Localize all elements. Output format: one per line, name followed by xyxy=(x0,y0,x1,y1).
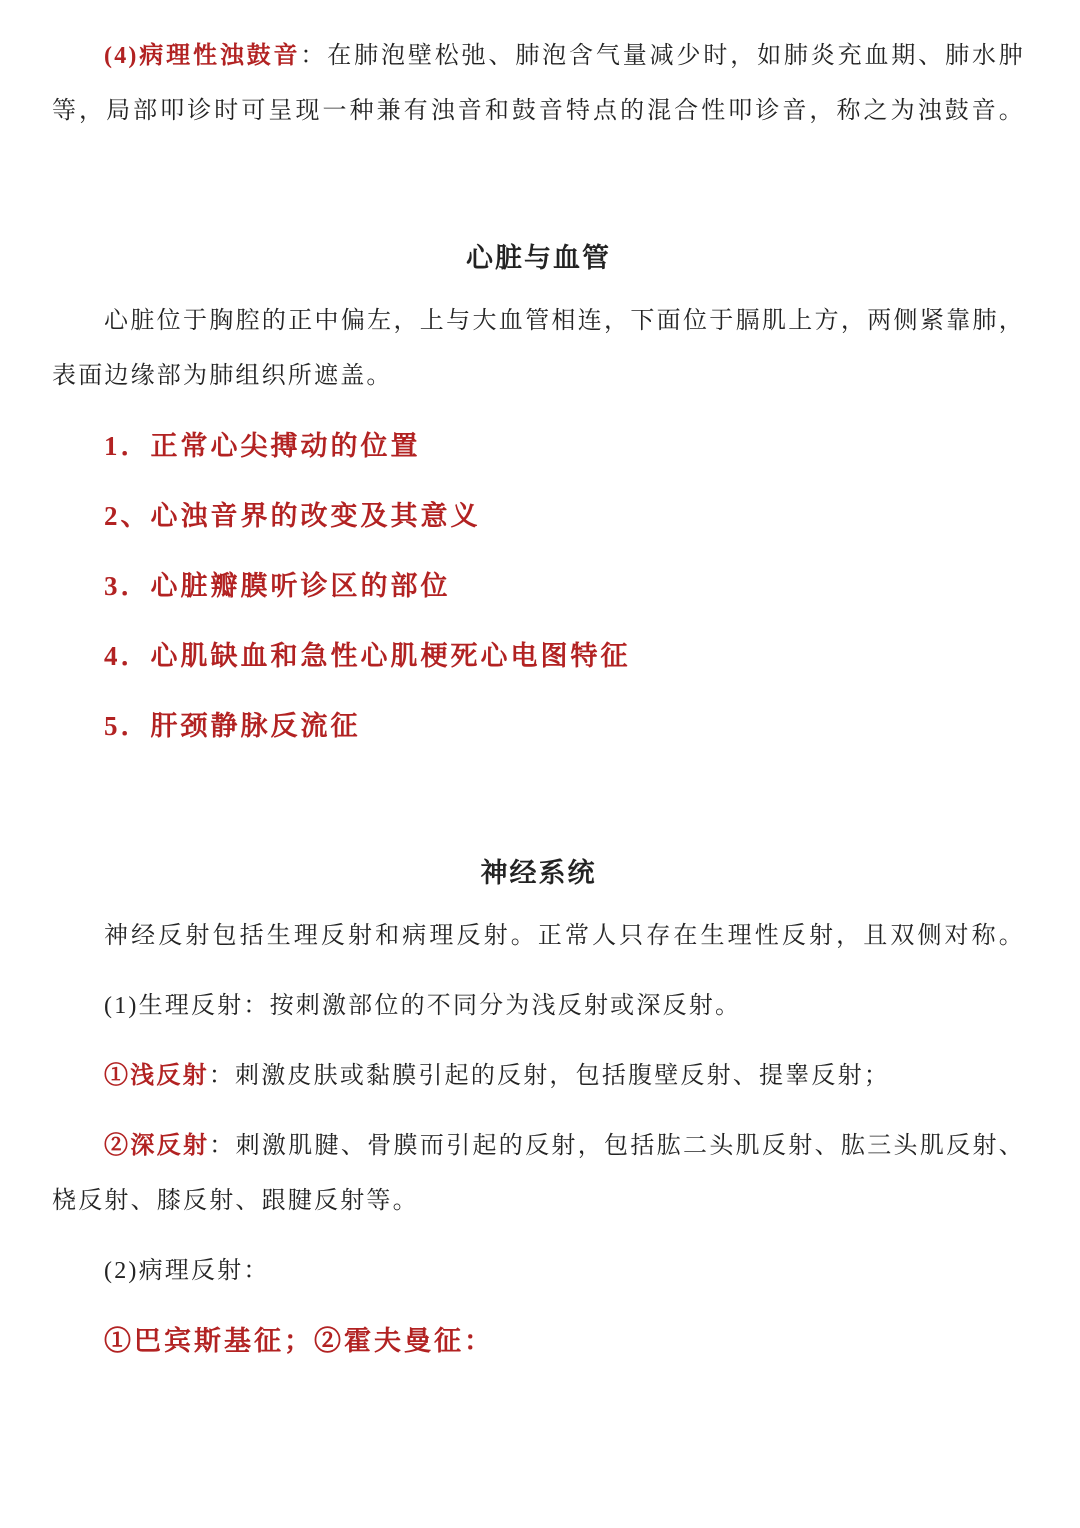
list-item-apex-beat: 1．正常心尖搏动的位置 xyxy=(52,419,1025,474)
deep-reflex-colon: ： xyxy=(209,1133,235,1159)
section-heading-nervous-system: 神经系统 xyxy=(52,846,1025,901)
deep-reflex-highlight: ②深反射 xyxy=(104,1133,209,1159)
para-physiologic-reflex: (1)生理反射：按刺激部位的不同分为浅反射或深反射。 xyxy=(52,979,1025,1034)
para-tympany-colon: ： xyxy=(300,43,327,69)
para-nerve-reflex-overview: 神经反射包括生理反射和病理反射。正常人只存在生理性反射，且双侧对称。 xyxy=(52,909,1025,964)
list-item-ecg-features: 4．心肌缺血和急性心肌梗死心电图特征 xyxy=(52,629,1025,684)
document-page: (4)病理性浊鼓音：在肺泡壁松弛、肺泡含气量减少时，如肺炎充血期、肺水肿等，局部… xyxy=(0,0,1080,1528)
para-deep-reflex: ②深反射：刺激肌腱、骨膜而引起的反射，包括肱二头肌反射、肱三头肌反射、桡反射、膝… xyxy=(52,1119,1025,1229)
para-pathologic-dull-tympany: (4)病理性浊鼓音：在肺泡壁松弛、肺泡含气量减少时，如肺炎充血期、肺水肿等，局部… xyxy=(52,29,1025,139)
list-item-hepatojugular-reflux: 5．肝颈静脉反流征 xyxy=(52,699,1025,754)
para-babinski-hoffmann-signs: ①巴宾斯基征；②霍夫曼征： xyxy=(52,1314,1025,1369)
para-pathologic-reflex-label: (2)病理反射： xyxy=(52,1244,1025,1299)
section-heading-heart-and-vessels: 心脏与血管 xyxy=(52,231,1025,286)
list-item-cardiac-dullness: 2、心浊音界的改变及其意义 xyxy=(52,489,1025,544)
superficial-reflex-highlight: ①浅反射 xyxy=(104,1063,209,1089)
para-superficial-reflex: ①浅反射：刺激皮肤或黏膜引起的反射，包括腹壁反射、提睾反射； xyxy=(52,1049,1025,1104)
superficial-reflex-body: 刺激皮肤或黏膜引起的反射，包括腹壁反射、提睾反射； xyxy=(235,1063,890,1089)
para-heart-location: 心脏位于胸腔的正中偏左，上与大血管相连，下面位于膈肌上方，两侧紧靠肺，表面边缘部… xyxy=(52,294,1025,404)
superficial-reflex-colon: ： xyxy=(209,1063,235,1089)
para-tympany-highlight: (4)病理性浊鼓音 xyxy=(104,43,300,69)
list-item-valve-auscultation: 3．心脏瓣膜听诊区的部位 xyxy=(52,559,1025,614)
